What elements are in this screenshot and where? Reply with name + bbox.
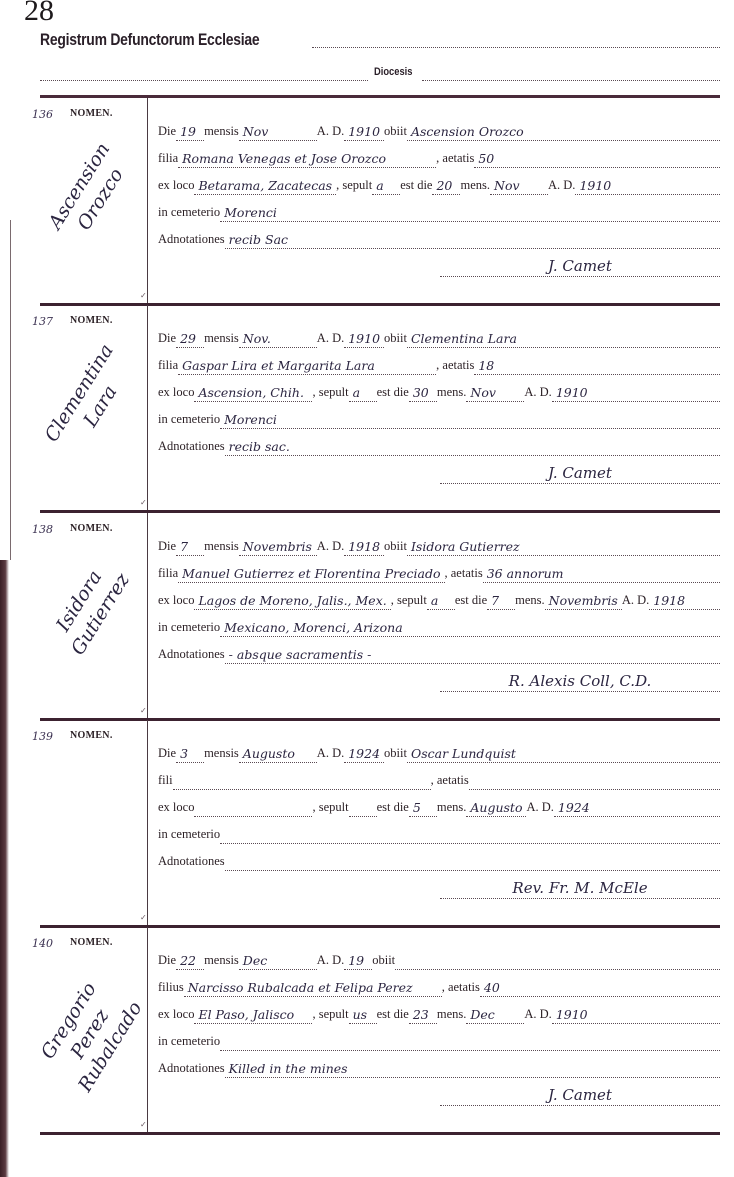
cemetery-row: in cemeterio Mexicano, Morenci, Arizona bbox=[158, 610, 720, 637]
entry-number: 139 bbox=[32, 730, 53, 743]
signature-row: J. Camet bbox=[158, 249, 720, 277]
cemetery-name: Morenci bbox=[220, 205, 720, 222]
mensis-label: mensis bbox=[204, 539, 239, 556]
sepult-suffix: a bbox=[349, 385, 377, 402]
priest-signature: R. Alexis Coll, C.D. bbox=[440, 672, 720, 692]
origin-row: ex loco Ascension, Chih. , sepult a est … bbox=[158, 375, 720, 402]
margin-name: Clementina Lara bbox=[32, 327, 148, 472]
relation-label: filius bbox=[158, 980, 184, 997]
ad-label: A. D. bbox=[317, 124, 344, 141]
ad-label: A. D. bbox=[317, 746, 344, 763]
page-edge-line bbox=[10, 220, 11, 560]
death-day: 19 bbox=[176, 124, 204, 141]
cemetery-row: in cemeterio Morenci bbox=[158, 402, 720, 429]
place-of-origin: Ascension, Chih. bbox=[194, 385, 312, 402]
annotations: recib sac. bbox=[225, 439, 720, 456]
death-day: 22 bbox=[176, 953, 204, 970]
notes-row: Adnotationes Killed in the mines bbox=[158, 1051, 720, 1078]
est-die-label: est die bbox=[400, 178, 432, 195]
sepult-label: , sepult bbox=[312, 385, 348, 402]
deceased-name: Oscar Lundquist bbox=[407, 746, 720, 763]
parents-names: Narcisso Rubalcada et Felipa Perez bbox=[184, 980, 442, 997]
burial-year: 1910 bbox=[575, 178, 720, 195]
burial-entry: 136 NOMEN. Ascension Orozco Die 19 mensi… bbox=[40, 98, 720, 306]
obiit-label: obiit bbox=[384, 331, 407, 348]
ex-loco-label: ex loco bbox=[158, 385, 194, 402]
priest-signature: J. Camet bbox=[440, 464, 720, 484]
burial-entry: 137 NOMEN. Clementina Lara Die 29 mensis… bbox=[40, 305, 720, 513]
signature-row: J. Camet bbox=[158, 1078, 720, 1106]
burial-year: 1924 bbox=[554, 800, 720, 817]
ecclesia-line bbox=[312, 47, 720, 48]
annotations: - absque sacramentis - bbox=[225, 647, 720, 664]
aetatis-label: , aetatis bbox=[431, 773, 469, 790]
cemeterio-label: in cemeterio bbox=[158, 412, 220, 429]
register-title: Registrum Defunctorum Ecclesiae bbox=[40, 30, 259, 50]
burial-day: 23 bbox=[409, 1007, 437, 1024]
mens-label: mens. bbox=[437, 1007, 467, 1024]
death-row: Die 19 mensis Nov A. D. 1910 obiit Ascen… bbox=[158, 114, 720, 141]
relation-label: filia bbox=[158, 358, 178, 375]
entry-number: 136 bbox=[32, 108, 53, 121]
sepult-suffix: us bbox=[349, 1007, 377, 1024]
parents-row: filia Gaspar Lira et Margarita Lara , ae… bbox=[158, 348, 720, 375]
relation-label: filia bbox=[158, 151, 178, 168]
check-mark: ✓ bbox=[140, 291, 147, 300]
adnotationes-label: Adnotationes bbox=[158, 232, 225, 249]
relation-label: fili bbox=[158, 773, 173, 790]
nomen-label: NOMEN. bbox=[70, 315, 113, 326]
cemeterio-label: in cemeterio bbox=[158, 827, 220, 844]
death-month: Novembris bbox=[239, 539, 317, 556]
parents-names: Gaspar Lira et Margarita Lara bbox=[178, 358, 436, 375]
burial-year: 1918 bbox=[649, 593, 720, 610]
parents-names: Romana Venegas et Jose Orozco bbox=[178, 151, 436, 168]
parents-row: fili , aetatis bbox=[158, 763, 720, 790]
death-year: 1924 bbox=[344, 746, 384, 763]
parents-names: Manuel Gutierrez et Florentina Preciado bbox=[178, 566, 444, 583]
diocese-line-left bbox=[40, 80, 368, 81]
death-year: 19 bbox=[344, 953, 372, 970]
nomen-label: NOMEN. bbox=[70, 730, 113, 741]
column-divider bbox=[147, 720, 148, 925]
death-year: 1910 bbox=[344, 124, 384, 141]
page-number: 28 bbox=[24, 0, 54, 26]
obiit-label: obiit bbox=[384, 746, 407, 763]
die-label: Die bbox=[158, 539, 176, 556]
ex-loco-label: ex loco bbox=[158, 800, 194, 817]
annotations: Killed in the mines bbox=[225, 1061, 720, 1078]
sepult-suffix: a bbox=[427, 593, 455, 610]
adnotationes-label: Adnotationes bbox=[158, 854, 225, 871]
adnotationes-label: Adnotationes bbox=[158, 439, 225, 456]
notes-row: Adnotationes - absque sacramentis - bbox=[158, 637, 720, 664]
column-divider bbox=[147, 927, 148, 1132]
die-label: Die bbox=[158, 953, 176, 970]
entry-fields: Die 3 mensis Augusto A. D. 1924 obiit Os… bbox=[158, 736, 720, 899]
death-day: 29 bbox=[176, 331, 204, 348]
burial-month: Nov bbox=[466, 385, 524, 402]
relation-label: filia bbox=[158, 566, 178, 583]
margin-name: Gregorio Perez Rubalcado bbox=[22, 955, 159, 1113]
notes-row: Adnotationes recib sac. bbox=[158, 429, 720, 456]
burial-ad-label: A. D. bbox=[524, 385, 551, 402]
mens-label: mens. bbox=[437, 800, 467, 817]
entry-fields: Die 7 mensis Novembris A. D. 1918 obiit … bbox=[158, 529, 720, 692]
burial-entry: 138 NOMEN. Isidora Gutierrez Die 7 mensi… bbox=[40, 513, 720, 721]
death-month: Dec bbox=[239, 953, 317, 970]
mensis-label: mensis bbox=[204, 746, 239, 763]
burial-ad-label: A. D. bbox=[622, 593, 649, 610]
mensis-label: mensis bbox=[204, 124, 239, 141]
check-mark: ✓ bbox=[140, 1120, 147, 1129]
aetatis-label: , aetatis bbox=[442, 980, 480, 997]
parents-row: filia Romana Venegas et Jose Orozco , ae… bbox=[158, 141, 720, 168]
parents-row: filia Manuel Gutierrez et Florentina Pre… bbox=[158, 556, 720, 583]
parents-row: filius Narcisso Rubalcada et Felipa Pere… bbox=[158, 970, 720, 997]
burial-day: 20 bbox=[432, 178, 460, 195]
death-year: 1910 bbox=[344, 331, 384, 348]
age: 50 bbox=[474, 151, 720, 168]
ex-loco-label: ex loco bbox=[158, 593, 194, 610]
entry-number: 137 bbox=[32, 315, 53, 328]
annotations: recib Sac bbox=[225, 232, 720, 249]
age: 18 bbox=[474, 358, 720, 375]
death-month: Nov bbox=[239, 124, 317, 141]
ad-label: A. D. bbox=[317, 331, 344, 348]
entry-fields: Die 19 mensis Nov A. D. 1910 obiit Ascen… bbox=[158, 114, 720, 277]
deceased-name: Clementina Lara bbox=[407, 331, 720, 348]
margin-name: Isidora Gutierrez bbox=[32, 535, 148, 680]
adnotationes-label: Adnotationes bbox=[158, 1061, 225, 1078]
ad-label: A. D. bbox=[317, 539, 344, 556]
place-of-origin: El Paso, Jalisco bbox=[194, 1007, 312, 1024]
cemetery-row: in cemeterio bbox=[158, 817, 720, 844]
signature-row: J. Camet bbox=[158, 456, 720, 484]
death-row: Die 3 mensis Augusto A. D. 1924 obiit Os… bbox=[158, 736, 720, 763]
notes-row: Adnotationes bbox=[158, 844, 720, 871]
cemeterio-label: in cemeterio bbox=[158, 205, 220, 222]
notes-row: Adnotationes recib Sac bbox=[158, 222, 720, 249]
age: 40 bbox=[480, 980, 720, 997]
origin-row: ex loco , sepult est die 5 mens. Augusto… bbox=[158, 790, 720, 817]
burial-day: 5 bbox=[409, 800, 437, 817]
adnotationes-label: Adnotationes bbox=[158, 647, 225, 664]
mens-label: mens. bbox=[515, 593, 545, 610]
column-divider bbox=[147, 305, 148, 510]
burial-year: 1910 bbox=[552, 385, 720, 402]
mens-label: mens. bbox=[460, 178, 490, 195]
signature-row: Rev. Fr. M. McEle bbox=[158, 871, 720, 899]
mens-label: mens. bbox=[437, 385, 467, 402]
check-mark: ✓ bbox=[140, 706, 147, 715]
ad-label: A. D. bbox=[317, 953, 344, 970]
die-label: Die bbox=[158, 746, 176, 763]
est-die-label: est die bbox=[455, 593, 487, 610]
signature-row: R. Alexis Coll, C.D. bbox=[158, 664, 720, 692]
priest-signature: J. Camet bbox=[440, 1086, 720, 1106]
check-mark: ✓ bbox=[140, 498, 147, 507]
nomen-label: NOMEN. bbox=[70, 523, 113, 534]
nomen-label: NOMEN. bbox=[70, 937, 113, 948]
die-label: Die bbox=[158, 124, 176, 141]
page-edge-shadow bbox=[0, 560, 9, 1177]
death-year: 1918 bbox=[344, 539, 384, 556]
burial-month: Novembris bbox=[545, 593, 622, 610]
sepult-label: , sepult bbox=[391, 593, 427, 610]
die-label: Die bbox=[158, 331, 176, 348]
cemetery-name: Mexicano, Morenci, Arizona bbox=[220, 620, 720, 637]
entry-fields: Die 29 mensis Nov. A. D. 1910 obiit Clem… bbox=[158, 321, 720, 484]
deceased-name: Ascension Orozco bbox=[407, 124, 720, 141]
burial-month: Nov bbox=[490, 178, 548, 195]
cemeterio-label: in cemeterio bbox=[158, 620, 220, 637]
cemeterio-label: in cemeterio bbox=[158, 1034, 220, 1051]
burial-day: 30 bbox=[409, 385, 437, 402]
death-month: Augusto bbox=[239, 746, 317, 763]
burial-year: 1910 bbox=[552, 1007, 720, 1024]
death-day: 7 bbox=[176, 539, 204, 556]
age: 36 annorum bbox=[483, 566, 720, 583]
origin-row: ex loco El Paso, Jalisco , sepult us est… bbox=[158, 997, 720, 1024]
diocese-line-right bbox=[422, 80, 720, 81]
aetatis-label: , aetatis bbox=[436, 358, 474, 375]
margin-name bbox=[53, 731, 127, 850]
nomen-label: NOMEN. bbox=[70, 108, 113, 119]
obiit-label: obiit bbox=[384, 124, 407, 141]
sepult-label: , sepult bbox=[312, 800, 348, 817]
entry-number: 140 bbox=[32, 937, 53, 950]
mensis-label: mensis bbox=[204, 953, 239, 970]
diocese-label: Diocesis bbox=[374, 66, 412, 78]
obiit-label: obiit bbox=[384, 539, 407, 556]
margin-name: Ascension Orozco bbox=[32, 120, 148, 265]
burial-month: Dec bbox=[466, 1007, 524, 1024]
sepult-label: , sepult bbox=[312, 1007, 348, 1024]
cemetery-row: in cemeterio Morenci bbox=[158, 195, 720, 222]
est-die-label: est die bbox=[377, 1007, 409, 1024]
cemetery-name: Morenci bbox=[220, 412, 720, 429]
deceased-name: Isidora Gutierrez bbox=[407, 539, 720, 556]
est-die-label: est die bbox=[377, 800, 409, 817]
death-month: Nov. bbox=[239, 331, 317, 348]
entry-number: 138 bbox=[32, 523, 53, 536]
aetatis-label: , aetatis bbox=[445, 566, 483, 583]
check-mark: ✓ bbox=[140, 913, 147, 922]
column-divider bbox=[147, 98, 148, 303]
place-of-origin: Lagos de Moreno, Jalis., Mex. bbox=[194, 593, 390, 610]
death-day: 3 bbox=[176, 746, 204, 763]
obiit-label: obiit bbox=[372, 953, 395, 970]
est-die-label: est die bbox=[377, 385, 409, 402]
burial-ad-label: A. D. bbox=[526, 800, 553, 817]
ex-loco-label: ex loco bbox=[158, 1007, 194, 1024]
burial-entry: 140 NOMEN. Gregorio Perez Rubalcado Die … bbox=[40, 927, 720, 1135]
death-row: Die 7 mensis Novembris A. D. 1918 obiit … bbox=[158, 529, 720, 556]
origin-row: ex loco Lagos de Moreno, Jalis., Mex. , … bbox=[158, 583, 720, 610]
sepult-suffix: a bbox=[372, 178, 400, 195]
entry-rule bbox=[40, 1132, 720, 1135]
burial-day: 7 bbox=[487, 593, 515, 610]
column-divider bbox=[147, 513, 148, 718]
burial-ad-label: A. D. bbox=[524, 1007, 551, 1024]
burial-entry: 139 NOMEN. Die 3 mensis Augusto A. D. 19… bbox=[40, 720, 720, 928]
entry-fields: Die 22 mensis Dec A. D. 19 obiit filius … bbox=[158, 943, 720, 1106]
place-of-origin: Betarama, Zacatecas bbox=[194, 178, 336, 195]
aetatis-label: , aetatis bbox=[436, 151, 474, 168]
burial-month: Augusto bbox=[466, 800, 526, 817]
mensis-label: mensis bbox=[204, 331, 239, 348]
cemetery-row: in cemeterio bbox=[158, 1024, 720, 1051]
origin-row: ex loco Betarama, Zacatecas , sepult a e… bbox=[158, 168, 720, 195]
priest-signature: Rev. Fr. M. McEle bbox=[440, 879, 720, 899]
death-row: Die 29 mensis Nov. A. D. 1910 obiit Clem… bbox=[158, 321, 720, 348]
sepult-label: , sepult bbox=[336, 178, 372, 195]
ex-loco-label: ex loco bbox=[158, 178, 194, 195]
priest-signature: J. Camet bbox=[440, 257, 720, 277]
burial-ad-label: A. D. bbox=[548, 178, 575, 195]
death-row: Die 22 mensis Dec A. D. 19 obiit bbox=[158, 943, 720, 970]
